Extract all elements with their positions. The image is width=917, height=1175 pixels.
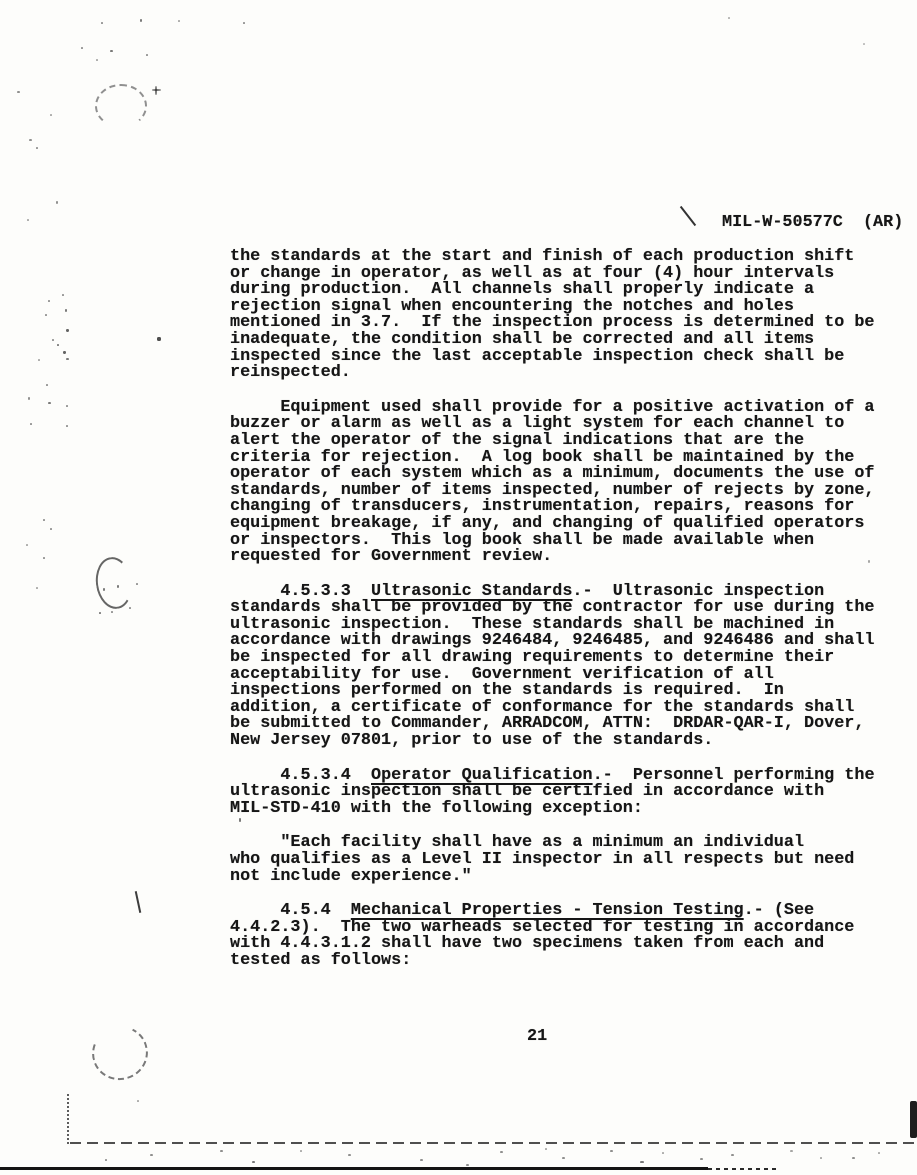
scan-speckle bbox=[62, 294, 64, 296]
scan-speckle bbox=[136, 583, 138, 585]
scan-speckle bbox=[863, 43, 865, 45]
scan-speckle bbox=[662, 1152, 664, 1154]
scan-speckle bbox=[101, 22, 103, 24]
scan-speckle bbox=[48, 402, 51, 404]
scan-speckle bbox=[38, 359, 40, 361]
text-line: not include experience." bbox=[230, 869, 902, 886]
text-line: requested for Government review. bbox=[230, 549, 902, 566]
scan-speckle bbox=[63, 351, 66, 354]
paragraph-2: Equipment used shall provide for a posit… bbox=[230, 400, 902, 566]
pen-mark-circle-bottom bbox=[85, 1019, 155, 1088]
scan-speckle bbox=[252, 1161, 255, 1163]
scan-vertical-dotted-line bbox=[67, 1094, 69, 1144]
scan-speckle bbox=[81, 47, 83, 49]
scan-speckle bbox=[820, 1157, 822, 1159]
scan-speckle bbox=[129, 607, 131, 609]
scan-speckle bbox=[26, 544, 28, 546]
scan-speckle bbox=[48, 300, 50, 302]
scan-speckle bbox=[640, 1161, 644, 1163]
paragraph-6: 4.5.4 Mechanical Properties - Tension Te… bbox=[230, 903, 902, 969]
scan-speckle bbox=[96, 59, 98, 61]
scan-speckle bbox=[36, 587, 38, 589]
scan-speckle bbox=[466, 1164, 469, 1166]
scan-speckle bbox=[157, 337, 161, 341]
scan-speckle bbox=[178, 20, 180, 22]
scan-right-edge-mark bbox=[910, 1101, 917, 1138]
scan-speckle bbox=[17, 91, 20, 93]
document-body: the standards at the start and finish of… bbox=[230, 249, 902, 988]
scan-speckle bbox=[140, 19, 142, 22]
scan-speckle bbox=[152, 89, 161, 91]
scan-speckle bbox=[30, 423, 32, 425]
scan-speckle bbox=[545, 1148, 547, 1150]
paragraph-3: 4.5.3.3 Ultrasonic Standards.- Ultrasoni… bbox=[230, 584, 902, 750]
scan-speckle bbox=[50, 114, 52, 116]
scan-speckle bbox=[46, 384, 48, 386]
scan-speckle bbox=[146, 54, 148, 56]
scan-speckle bbox=[500, 1151, 503, 1153]
scanned-document-page: MIL-W-50577C (AR) the standards at the s… bbox=[0, 0, 917, 1175]
scan-speckle bbox=[50, 528, 52, 530]
scan-speckle bbox=[56, 201, 58, 204]
scan-speckle bbox=[66, 405, 68, 407]
page-number: 21 bbox=[527, 1027, 547, 1046]
pen-mark-c-middle bbox=[93, 555, 136, 612]
scan-speckle bbox=[36, 147, 38, 149]
scan-speckle bbox=[52, 339, 54, 341]
scan-speckle bbox=[43, 519, 45, 521]
paragraph-4: 4.5.3.4 Operator Qualification.- Personn… bbox=[230, 768, 902, 818]
scan-speckle bbox=[27, 219, 29, 221]
scan-speckle bbox=[420, 1159, 423, 1161]
scan-speckle bbox=[66, 358, 69, 360]
scan-speckle bbox=[65, 309, 67, 312]
scan-speckle bbox=[110, 50, 113, 52]
scan-speckle bbox=[728, 17, 730, 19]
scan-bottom-edge-line bbox=[0, 1167, 708, 1170]
scan-speckle bbox=[243, 22, 245, 24]
scan-speckle bbox=[610, 1150, 613, 1152]
scan-speckle bbox=[700, 1158, 703, 1160]
scan-speckle bbox=[155, 86, 157, 95]
scan-speckle bbox=[29, 139, 32, 141]
scan-speckle bbox=[28, 397, 30, 400]
paragraph-1: the standards at the start and finish of… bbox=[230, 249, 902, 382]
text-line: reinspected. bbox=[230, 365, 902, 382]
text-line: New Jersey 07801, prior to use of the st… bbox=[230, 733, 902, 750]
scan-speckle bbox=[790, 1150, 793, 1152]
pen-mark-slash-margin bbox=[135, 891, 142, 913]
pen-mark-slash-header bbox=[680, 206, 696, 226]
scan-speckle bbox=[111, 611, 113, 613]
scan-speckle bbox=[117, 585, 119, 588]
scan-speckle bbox=[852, 1157, 855, 1159]
scan-speckle bbox=[220, 1150, 223, 1152]
pen-mark-arc-top bbox=[95, 84, 147, 128]
scan-speckle bbox=[105, 1159, 107, 1161]
scan-bottom-edge-dots bbox=[708, 1168, 780, 1170]
scan-speckle bbox=[45, 314, 47, 316]
scan-horizontal-dashed-line bbox=[70, 1142, 917, 1144]
scan-speckle bbox=[731, 1154, 734, 1156]
scan-speckle bbox=[150, 1154, 153, 1156]
document-id-header: MIL-W-50577C (AR) bbox=[722, 214, 903, 231]
scan-speckle bbox=[562, 1157, 565, 1159]
scan-speckle bbox=[878, 1152, 880, 1154]
text-line: MIL-STD-410 with the following exception… bbox=[230, 801, 902, 818]
scan-speckle bbox=[66, 425, 68, 427]
scan-speckle bbox=[300, 1150, 302, 1152]
scan-speckle bbox=[99, 612, 101, 614]
scan-speckle bbox=[57, 344, 59, 346]
text-line: tested as follows: bbox=[230, 953, 902, 970]
scan-speckle bbox=[137, 1100, 139, 1102]
scan-speckle bbox=[66, 329, 69, 332]
paragraph-5: "Each facility shall have as a minimum a… bbox=[230, 835, 902, 885]
scan-speckle bbox=[348, 1154, 351, 1156]
scan-speckle bbox=[43, 557, 45, 559]
scan-speckle bbox=[103, 588, 105, 591]
